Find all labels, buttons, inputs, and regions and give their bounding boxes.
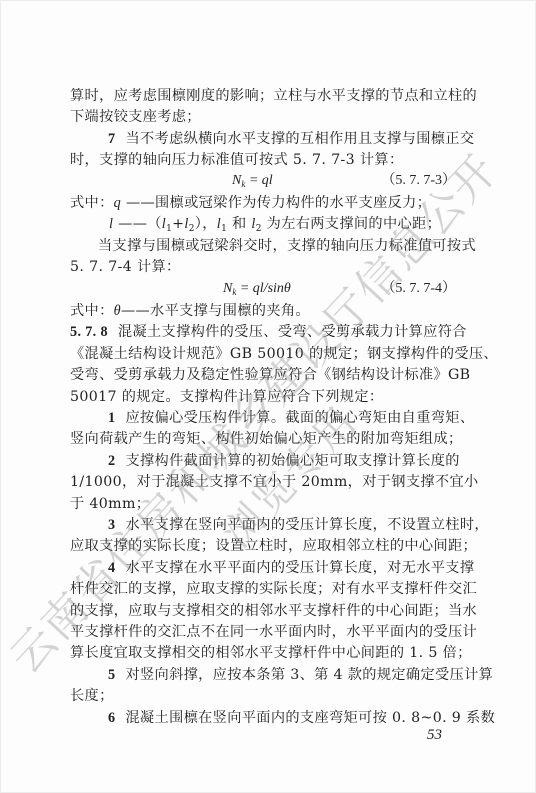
- text-line: 受弯、受剪承载力及稳定性验算应符合《钢结构设计标准》GB: [70, 365, 456, 385]
- where-theta: 式中：θ——水平支撑与围檩的夹角。: [70, 301, 456, 321]
- text-line: 应取支撑的实际长度；设置立柱时，应取相邻立柱的中心间距；: [70, 536, 456, 556]
- text-line: 杆件交汇的支撑，应取支撑的实际长度；对有水平支撑杆件交汇: [70, 579, 456, 599]
- text-line: 下端按铰支座考虑；: [70, 107, 456, 127]
- text-line: 时，支撑的轴向压力标准值可按式 5. 7. 7-3 计算：: [70, 150, 456, 170]
- item-4: 4水平支撑在水平平面内的受压计算长度，对无水平支撑: [108, 558, 456, 578]
- text-line: 平支撑杆件的交汇点不在同一水平面内时，水平平面内的受压计: [70, 622, 456, 642]
- text-line: 算长度宜取支撑相交的相邻水平支撑杆件中心间距的 1. 5 倍；: [70, 643, 456, 663]
- where-q: 式中：q ——围檩或冠梁作为传力构件的水平支座反力；: [70, 193, 456, 213]
- document-page: 算时，应考虑围檩刚度的影响；立柱与水平支撑的节点和立柱的 下端按铰支座考虑； 7…: [0, 0, 536, 793]
- formula-expression: Nk = ql: [232, 171, 273, 194]
- clause-5-7-8: 5. 7. 8混凝土支撑构件的受压、受弯、受剪承载力计算应符合: [70, 322, 456, 342]
- text-line: 于 40mm；: [70, 494, 456, 514]
- item-2: 2支撑构件截面计算的初始偏心矩可取支撑计算长度的: [108, 451, 456, 471]
- text-line: 1/1000，对于混凝土支撑不宜小于 20mm，对于钢支撑不宜小: [70, 472, 456, 492]
- equation-number: （5. 7. 7-4）: [381, 279, 456, 299]
- clause-number: 5. 7. 8: [70, 324, 108, 340]
- text-line: 5. 7. 7-4 计算：: [70, 257, 456, 277]
- item-7: 7当不考虑纵横向水平支撑的互相作用且支撑与围檩正交: [108, 129, 456, 149]
- item-1: 1应按偏心受压构件计算。截面的偏心弯矩由自重弯矩、: [108, 408, 456, 428]
- item-6: 6混凝土围檩在竖向平面内的支座弯矩可按 0. 8~0. 9 系数: [108, 708, 456, 728]
- text-line: 当支撑与围檩或冠梁斜交时，支撑的轴向压力标准值可按式: [98, 236, 456, 256]
- text-line: 50017 的规定。支撑构件计算应符合下列规定：: [70, 387, 456, 407]
- item-text: 当不考虑纵横向水平支撑的互相作用且支撑与围檩正交: [125, 131, 474, 147]
- item-5: 5对竖向斜撑，应按本条第 3、第 4 款的规定确定受压计算: [108, 665, 456, 685]
- page-number: 53: [427, 727, 442, 744]
- text-line: 算时，应考虑围檩刚度的影响；立柱与水平支撑的节点和立柱的: [70, 86, 456, 106]
- equation-number: （5. 7. 7-3）: [381, 171, 456, 191]
- text-line: 的支撑，应取与支撑相交的相邻水平支撑杆件的中心间距；当水: [70, 601, 456, 621]
- text-line: 竖向荷载产生的弯矩、构件初始偏心矩产生的附加弯矩组成；: [70, 429, 456, 449]
- text-line: 长度；: [70, 686, 456, 706]
- item-3: 3水平支撑在竖向平面内的受压计算长度，不设置立柱时，: [108, 515, 456, 535]
- item-number: 7: [108, 131, 115, 147]
- text-line: 《混凝土结构设计规范》GB 50010 的规定；钢支撑构件的受压、: [70, 344, 456, 364]
- formula-expression: Nk = ql/sinθ: [223, 279, 291, 302]
